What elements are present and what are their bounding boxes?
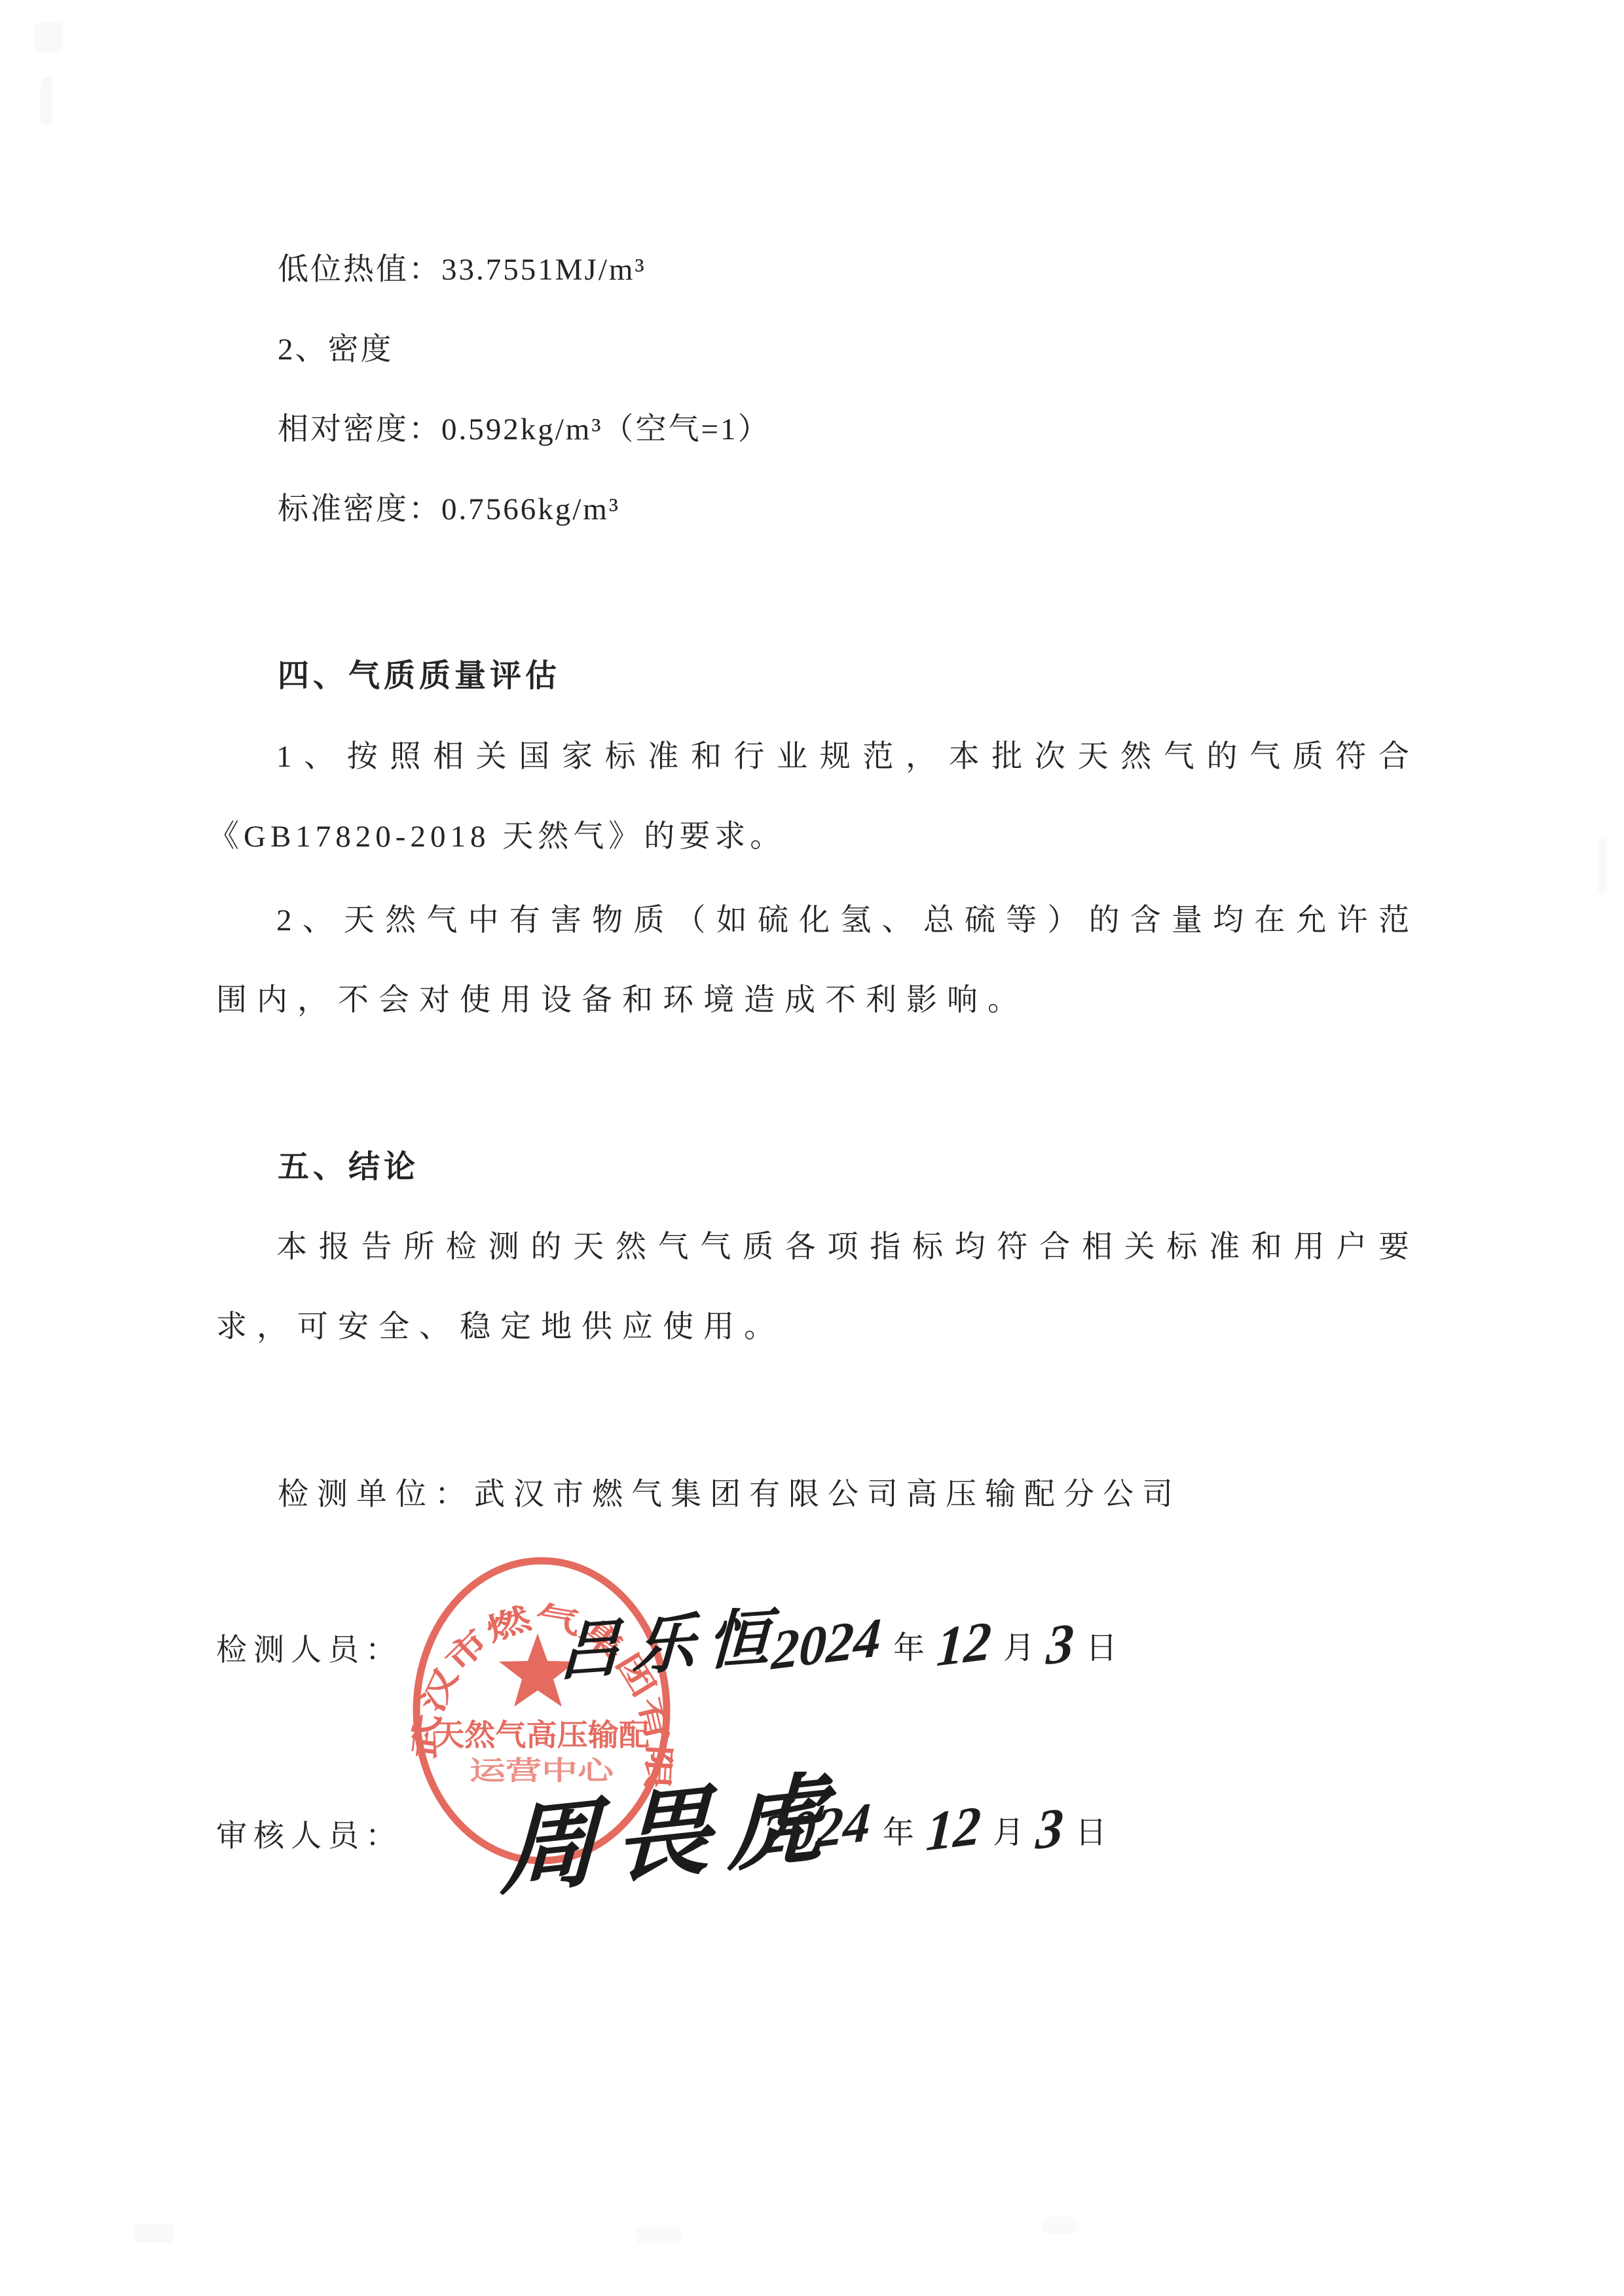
reviewer-date-month-hand: 12 — [925, 1798, 982, 1860]
seal-center-text: 天然气高压输配 — [434, 1718, 650, 1752]
tester-signature-handwriting: 吕乐恒 — [557, 1586, 783, 1692]
scan-smudge — [1043, 2217, 1077, 2234]
section5-para-line1: 本报告所检测的天然气气质各项指标均符合相关标准和用户要 — [216, 1228, 1409, 1267]
section4-para2-line2: 围内，不会对使用设备和环境造成不利影响。 — [216, 981, 1028, 1020]
section4-heading: 四、气质质量评估 — [278, 657, 561, 696]
reviewer-date-day-char: 日 — [1075, 1810, 1107, 1857]
tester-label: 检测人员： — [216, 1631, 403, 1670]
section5-heading: 五、结论 — [278, 1148, 419, 1187]
reviewer-date-year-hand: 2024 — [760, 1795, 872, 1864]
tester-date: 2024 年 12 月 3 日 — [771, 1617, 1129, 1672]
section4-para1-line2: 《GB17820-2018 天然气》的要求。 — [208, 818, 785, 856]
scan-smudge — [34, 22, 63, 52]
reviewer-date-day-hand: 3 — [1035, 1800, 1065, 1859]
tester-date-month-hand: 12 — [935, 1613, 993, 1675]
scanned-report-page: 低位热值：33.7551MJ/m³ 2、密度 相对密度：0.592kg/m³（空… — [0, 0, 1624, 2296]
scan-smudge — [41, 77, 52, 126]
section5-para-line2: 求，可安全、稳定地供应使用。 — [216, 1308, 784, 1347]
reviewer-date: 2024 年 12 月 3 日 — [761, 1802, 1118, 1857]
tester-date-year-hand: 2024 — [770, 1610, 882, 1679]
text-line-low-heat-value: 低位热值：33.7551MJ/m³ — [278, 251, 646, 289]
reviewer-date-year-char: 年 — [883, 1810, 914, 1857]
tester-date-year-char: 年 — [893, 1625, 925, 1672]
scan-smudge — [1598, 838, 1607, 893]
text-line-relative-density: 相对密度：0.592kg/m³（空气=1） — [278, 410, 770, 449]
testing-unit-line: 检测单位：武汉市燃气集团有限公司高压输配分公司 — [278, 1476, 1181, 1514]
text-line-standard-density: 标准密度：0.7566kg/m³ — [278, 490, 620, 529]
reviewer-label: 审核人员： — [216, 1817, 403, 1856]
section4-para1-line1: 1、按照相关国家标准和行业规范，本批次天然气的气质符合 — [216, 738, 1409, 776]
scan-smudge — [637, 2227, 682, 2244]
tester-date-month-char: 月 — [1003, 1625, 1035, 1672]
reviewer-date-month-char: 月 — [993, 1810, 1024, 1857]
tester-date-day-char: 日 — [1086, 1625, 1117, 1672]
tester-date-day-hand: 3 — [1045, 1615, 1075, 1674]
text-line-density-heading: 2、密度 — [278, 331, 394, 369]
scan-smudge — [134, 2223, 174, 2243]
section4-para2-line1: 2、天然气中有害物质（如硫化氢、总硫等）的含量均在允许范 — [216, 902, 1409, 940]
